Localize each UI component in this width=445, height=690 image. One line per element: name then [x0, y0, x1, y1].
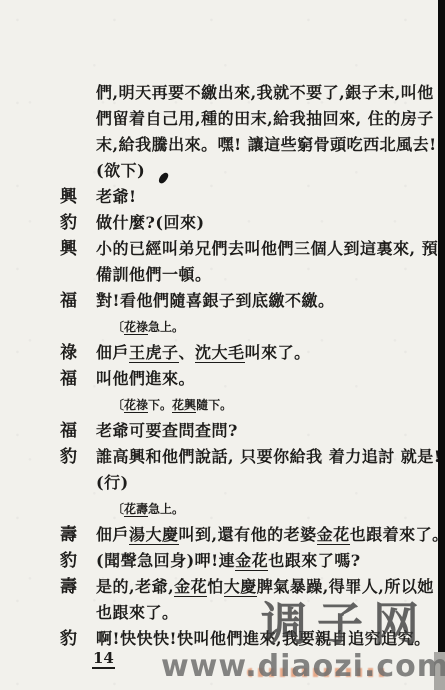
proper-name-underline: 王虎子: [129, 343, 179, 363]
dialogue-lines: 〔花祿下。花興隨下。: [60, 392, 427, 418]
dialogue-lines: 〔花壽急上。: [60, 496, 427, 522]
speaker-label: 壽: [60, 522, 96, 548]
dialogue-lines: 〔花祿急上。: [60, 314, 427, 340]
dialogue-lines: 們,明天再要不繳出來,我就不要了,銀子末,叫他們留着自己用,種的田末,給我抽回來…: [96, 80, 427, 184]
stage-direction: 〔花壽急上。: [60, 496, 427, 522]
text-run: 叫他們進來。: [96, 369, 195, 388]
dialogue-block: 豹誰高興和他們說話, 只要你給我 着力追討 就是!(行): [60, 444, 427, 496]
dialogue-block: 福對!看他們隨喜銀子到底繳不繳。: [60, 288, 427, 314]
dialogue-line: 小的已經叫弟兄們去叫他們三個人到這裏來, 預: [96, 236, 427, 262]
speaker-label: 豹: [60, 444, 96, 496]
dialogue-line: 備訓他們一頓。: [96, 262, 427, 288]
text-run: 老爺可要查問查問?: [96, 421, 238, 440]
dialogue-block: 祿佃戶王虎子、沈大毛叫來了。: [60, 340, 427, 366]
text-run: 也跟來了。: [96, 603, 179, 622]
dialogue-lines: 叫他們進來。: [96, 366, 427, 392]
scanned-book-page: 們,明天再要不繳出來,我就不要了,銀子末,叫他們留着自己用,種的田末,給我抽回來…: [0, 0, 445, 690]
text-run: 〔: [112, 320, 124, 334]
stage-line: 〔花祿下。花興隨下。: [60, 392, 427, 418]
dialogue-block: 們,明天再要不繳出來,我就不要了,銀子末,叫他們留着自己用,種的田末,給我抽回來…: [60, 80, 427, 184]
text-run: 佃戶: [96, 525, 129, 544]
scan-edge-bar-black: [438, 0, 445, 652]
proper-name-underline: 花興: [172, 398, 196, 413]
text-run: 叫來了。: [245, 343, 311, 362]
page-number: 14: [92, 649, 115, 669]
dialogue-lines: 佃戶湯大慶叫到,還有他的老婆金花也跟着來了。: [96, 522, 427, 548]
text-run: 老爺!: [96, 187, 137, 206]
proper-name-underline: 花祿: [124, 320, 148, 335]
speaker-label: 興: [60, 184, 96, 210]
text-run: 急上。: [148, 502, 184, 516]
dialogue-lines: 佃戶王虎子、沈大毛叫來了。: [96, 340, 427, 366]
text-run: 隨下。: [196, 398, 232, 412]
text-run: 誰高興和他們說話, 只要你給我 着力追討 就是!: [96, 447, 441, 466]
text-run: 也跟着來了。: [350, 525, 445, 544]
speaker-label: 豹: [60, 626, 96, 652]
speaker-label: 壽: [60, 574, 96, 626]
dialogue-line: (行): [96, 470, 427, 496]
dialogue-block: 興小的已經叫弟兄們去叫他們三個人到這裏來, 預備訓他們一頓。: [60, 236, 427, 288]
stage-direction: 〔花祿下。花興隨下。: [60, 392, 427, 418]
dialogue-block: 興老爺!: [60, 184, 427, 210]
stage-line: 〔花祿急上。: [60, 314, 427, 340]
dialogue-line: 佃戶湯大慶叫到,還有他的老婆金花也跟着來了。: [96, 522, 427, 548]
speaker-label: 豹: [60, 210, 96, 236]
text-run: 備訓他們一頓。: [96, 265, 212, 284]
dialogue-lines: 誰高興和他們說話, 只要你給我 着力追討 就是!(行): [96, 444, 427, 496]
proper-name-underline: 大慶: [224, 577, 257, 597]
text-run: 是的,老爺,: [96, 577, 174, 596]
dialogue-line: 對!看他們隨喜銀子到底繳不繳。: [96, 288, 427, 314]
text-run: (行): [96, 473, 129, 492]
speaker-label: 福: [60, 366, 96, 392]
speaker-label: 福: [60, 288, 96, 314]
speaker-label: 興: [60, 236, 96, 288]
text-run: 末,給我騰出來。嘿! 讓這些窮骨頭吃西北風去!: [96, 135, 437, 154]
text-run: 急上。: [148, 320, 184, 334]
proper-name-underline: 沈大毛: [195, 343, 245, 363]
text-column: 們,明天再要不繳出來,我就不要了,銀子末,叫他們留着自己用,種的田末,給我抽回來…: [60, 80, 427, 652]
dialogue-block: 福老爺可要查問查問?: [60, 418, 427, 444]
dialogue-line: 老爺!: [96, 184, 427, 210]
text-run: 〔: [112, 502, 124, 516]
dialogue-lines: 做什麼?(回來): [96, 210, 427, 236]
dialogue-lines: 老爺!: [96, 184, 427, 210]
proper-name-underline: 花祿: [124, 398, 148, 413]
dialogue-block: 壽佃戶湯大慶叫到,還有他的老婆金花也跟着來了。: [60, 522, 427, 548]
text-run: (欲下): [96, 161, 145, 180]
dialogue-line: 做什麼?(回來): [96, 210, 427, 236]
text-run: 下。: [148, 398, 172, 412]
text-run: 叫到,還有他的老婆: [179, 525, 317, 544]
text-run: 佃戶: [96, 343, 129, 362]
proper-name-underline: 金花: [174, 577, 207, 597]
dialogue-lines: 小的已經叫弟兄們去叫他們三個人到這裏來, 預備訓他們一頓。: [96, 236, 427, 288]
dialogue-line: 誰高興和他們說話, 只要你給我 着力追討 就是!: [96, 444, 427, 470]
dialogue-lines: 對!看他們隨喜銀子到底繳不繳。: [96, 288, 427, 314]
proper-name-underline: 金花: [317, 525, 350, 545]
dialogue-line: 佃戶王虎子、沈大毛叫來了。: [96, 340, 427, 366]
watermark-site-url: www.diaozi.com: [161, 649, 445, 684]
dialogue-line: 們,明天再要不繳出來,我就不要了,銀子末,叫他: [96, 80, 427, 106]
speaker-label: [60, 80, 96, 184]
text-run: (聞聲急回身)呷!連: [96, 551, 235, 570]
speaker-label: 福: [60, 418, 96, 444]
dialogue-lines: 老爺可要查問查問?: [96, 418, 427, 444]
watermark-site-name: 调子网: [261, 588, 429, 654]
text-run: 、: [179, 343, 196, 362]
speaker-label: 祿: [60, 340, 96, 366]
text-run: 對!看他們隨喜銀子到底繳不繳。: [96, 291, 335, 310]
text-run: 〔: [112, 398, 124, 412]
dialogue-line: (欲下): [96, 158, 427, 184]
text-run: 怕: [207, 577, 224, 596]
dialogue-lines: (聞聲急回身)呷!連金花也跟來了嗎?: [96, 548, 427, 574]
dialogue-block: 豹做什麼?(回來): [60, 210, 427, 236]
dialogue-block: 福叫他們進來。: [60, 366, 427, 392]
dialogue-line: 老爺可要查問查問?: [96, 418, 427, 444]
dialogue-block: 豹(聞聲急回身)呷!連金花也跟來了嗎?: [60, 548, 427, 574]
text-run: 們,明天再要不繳出來,我就不要了,銀子末,叫他: [96, 83, 434, 102]
stage-line: 〔花壽急上。: [60, 496, 427, 522]
dialogue-line: 末,給我騰出來。嘿! 讓這些窮骨頭吃西北風去!: [96, 132, 427, 158]
text-run: 小的已經叫弟兄們去叫他們三個人到這裏來, 預: [96, 239, 438, 258]
dialogue-line: (聞聲急回身)呷!連金花也跟來了嗎?: [96, 548, 427, 574]
text-run: 們留着自己用,種的田末,給我抽回來, 住的房子: [96, 109, 434, 128]
text-run: 也跟來了嗎?: [268, 551, 360, 570]
dialogue-line: 們留着自己用,種的田末,給我抽回來, 住的房子: [96, 106, 427, 132]
proper-name-underline: 花壽: [124, 502, 148, 517]
proper-name-underline: 湯大慶: [129, 525, 179, 545]
text-run: 做什麼?(回來): [96, 213, 205, 232]
stage-direction: 〔花祿急上。: [60, 314, 427, 340]
proper-name-underline: 金花: [235, 551, 268, 571]
speaker-label: 豹: [60, 548, 96, 574]
dialogue-line: 叫他們進來。: [96, 366, 427, 392]
